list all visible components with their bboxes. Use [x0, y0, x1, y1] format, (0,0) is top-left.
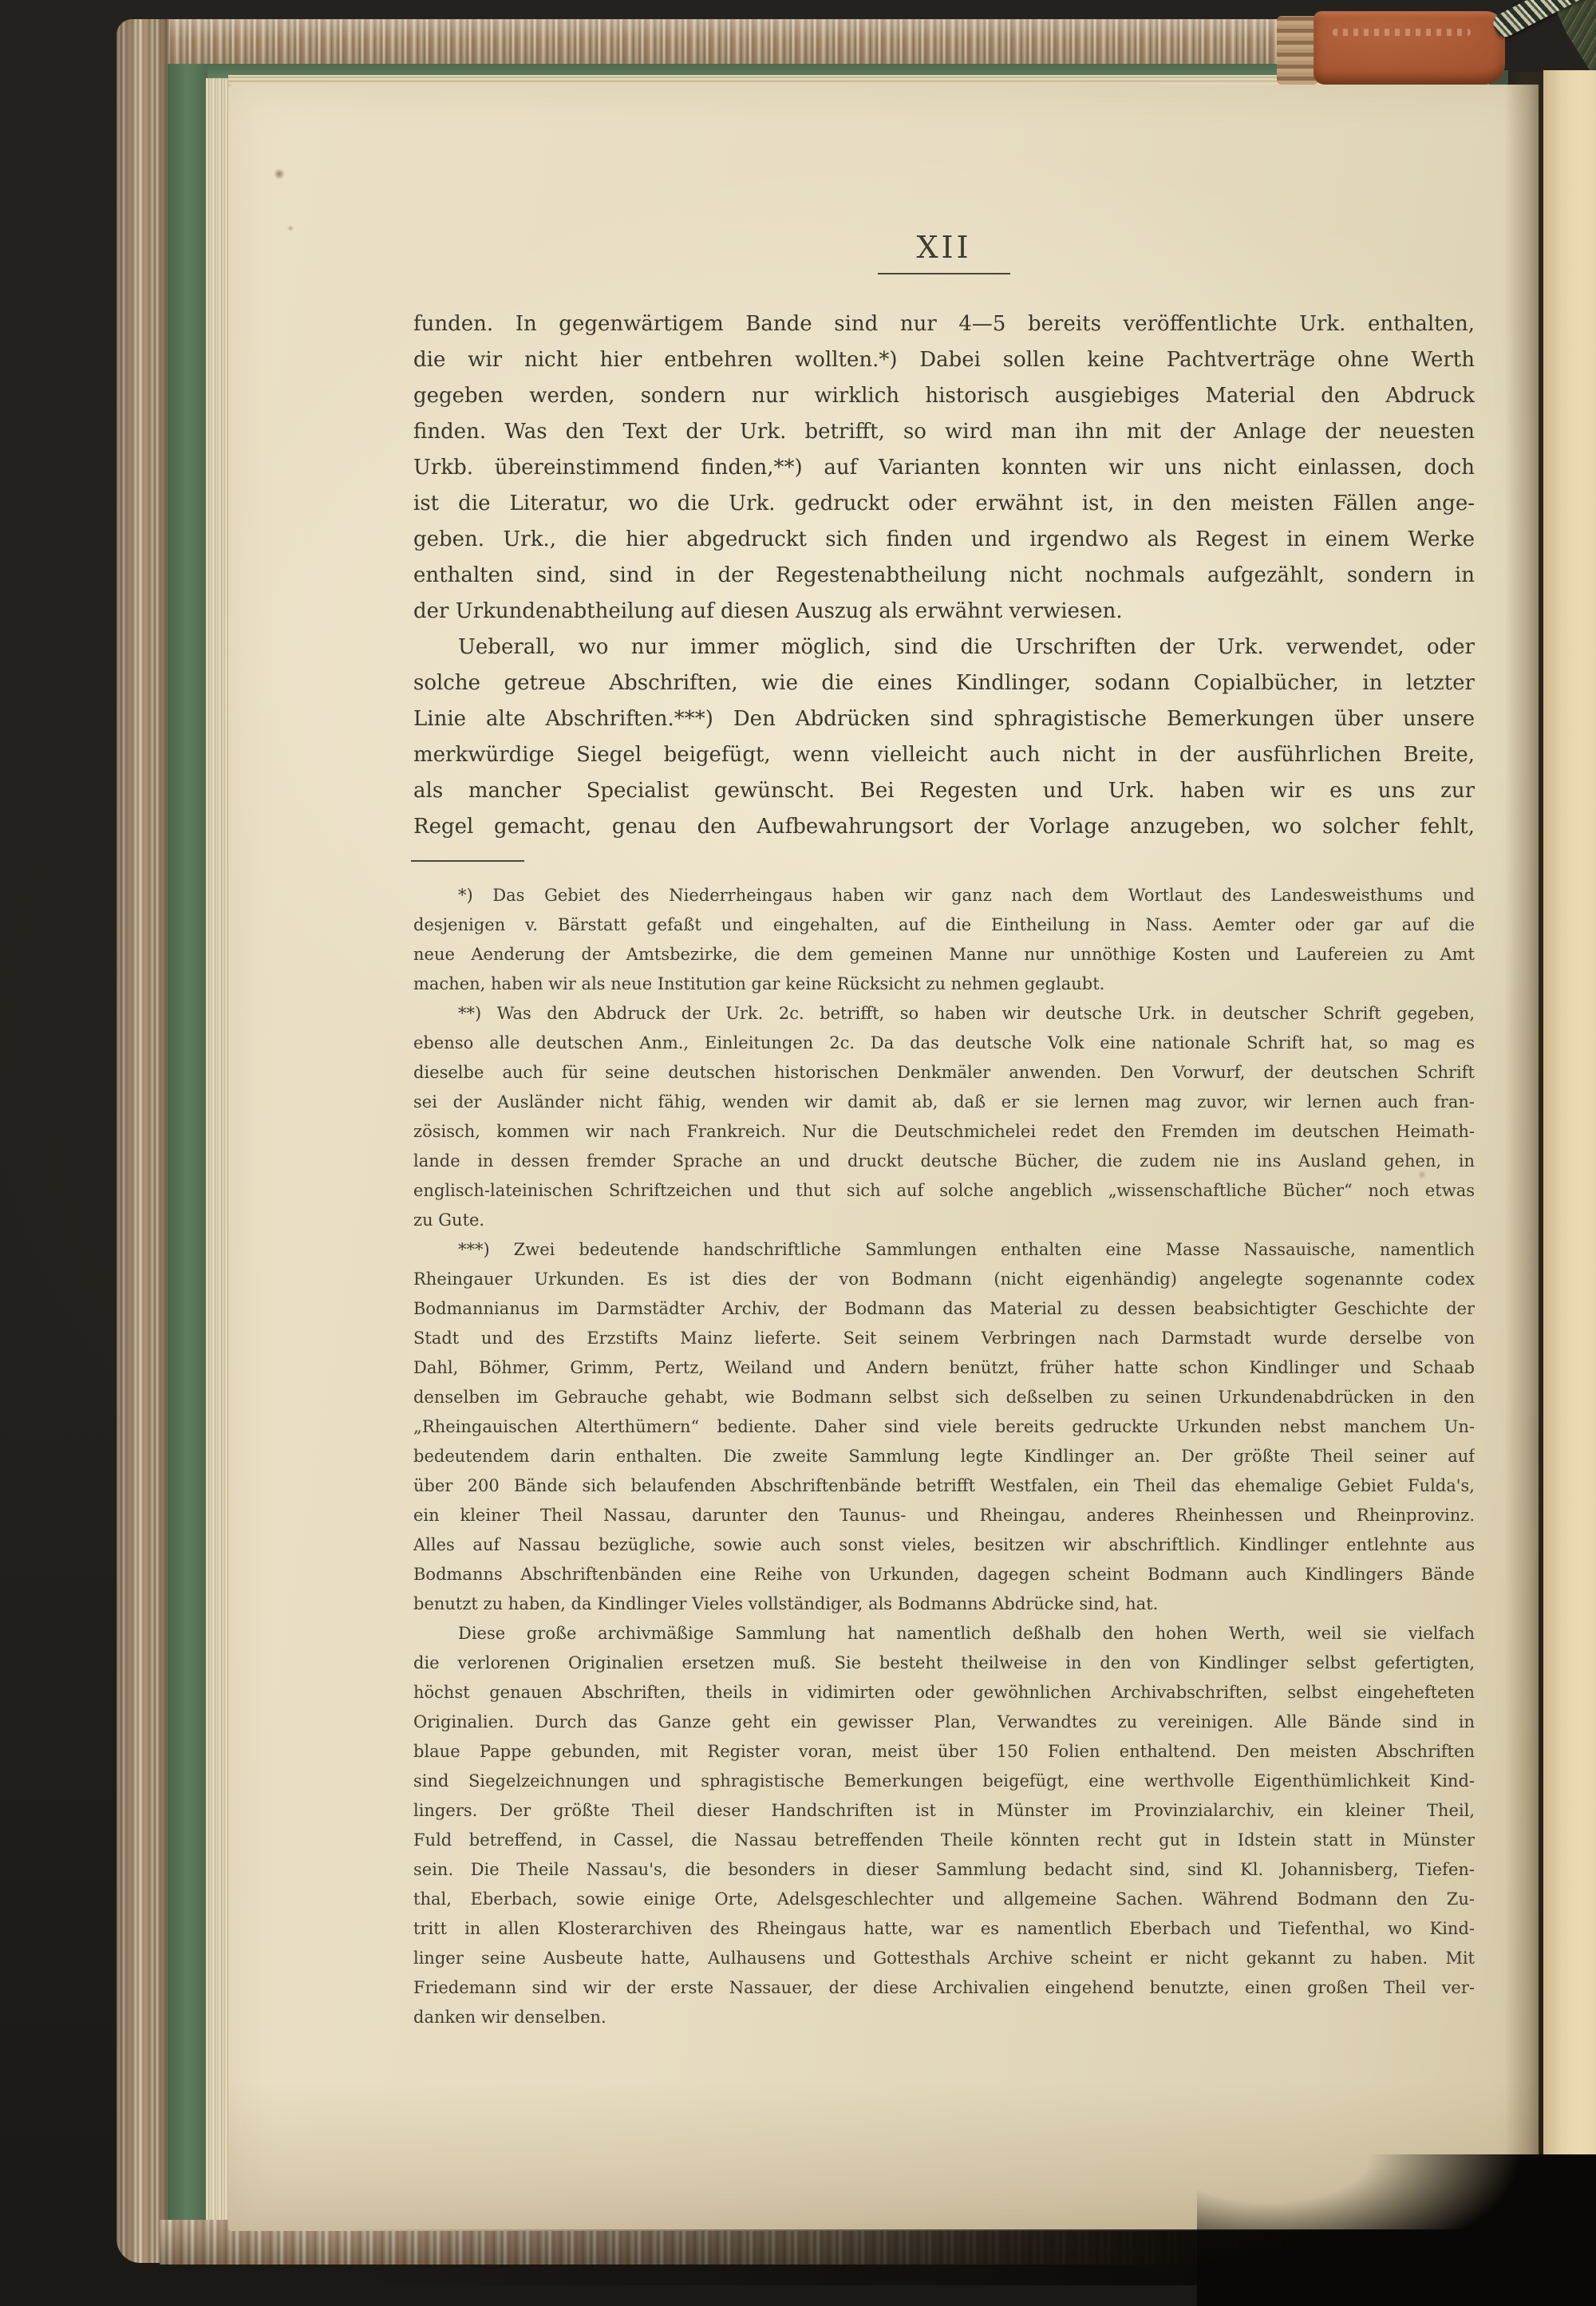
text-line: Linie alte Abschriften.***) Den Abdrücke… [413, 701, 1475, 737]
text-line: machen, haben wir als neue Institution g… [413, 969, 1475, 999]
text-line: als mancher Specialist gewünscht. Bei Re… [413, 773, 1475, 809]
text-line: die wir nicht hier entbehren wollten.*) … [413, 342, 1475, 378]
text-line: Diese große archivmäßige Sammlung hat na… [413, 1619, 1475, 1649]
shadow-bottom-right [1197, 2154, 1596, 2306]
gutter-shadow [1505, 72, 1543, 2226]
text-line: finden. Was den Text der Urk. betrifft, … [413, 414, 1475, 450]
text-line: ***) Zwei bedeutende handschriftliche Sa… [413, 1235, 1475, 1265]
text-line: Bodmanns Abschriftenbänden eine Reihe vo… [413, 1560, 1475, 1589]
book-page: XII funden. In gegenwärtigem Bande sind … [228, 85, 1539, 2231]
text-line: zu Gute. [413, 1206, 1475, 1235]
text-line: ein kleiner Theil Nassau, darunter den T… [413, 1501, 1475, 1530]
text-line: merkwürdige Siegel beigefügt, wenn viell… [413, 737, 1475, 773]
cover-cloth-border-left [168, 64, 207, 2220]
text-line: Fuld betreffend, in Cassel, die Nassau b… [413, 1826, 1475, 1855]
text-line: funden. In gegenwärtigem Bande sind nur … [413, 306, 1475, 342]
text-line: geben. Urk., die hier abgedruckt sich fi… [413, 522, 1475, 558]
text-line: blaue Pappe gebunden, mit Register voran… [413, 1737, 1475, 1767]
page-stack-edge-left [206, 78, 230, 2220]
text-line: **) Was den Abdruck der Urk. 2c. betriff… [413, 999, 1475, 1029]
text-line: Originalien. Durch das Ganze geht ein ge… [413, 1708, 1475, 1737]
text-line: der Urkundenabtheilung auf diesen Auszug… [413, 594, 1475, 630]
spine-band [1277, 16, 1318, 85]
text-line: linger seine Ausbeute hatte, Aulhausens … [413, 1944, 1475, 1973]
text-line: Rheingauer Urkunden. Es ist dies der von… [413, 1265, 1475, 1294]
text-line: *) Das Gebiet des Niederrheingaus haben … [413, 881, 1475, 910]
text-line: denselben im Gebrauche gehabt, wie Bodma… [413, 1383, 1475, 1412]
text-line: benutzt zu haben, da Kindlinger Vieles v… [413, 1589, 1475, 1619]
text-line: lingers. Der größte Theil dieser Handsch… [413, 1796, 1475, 1826]
text-line: Regel gemacht, genau den Aufbewahrungsor… [413, 809, 1475, 845]
text-line: zösisch, kommen wir nach Frankreich. Nur… [413, 1117, 1475, 1147]
text-line: ebenso alle deutschen Anm., Einleitungen… [413, 1029, 1475, 1058]
text-line: bedeutendem darin enthalten. Die zweite … [413, 1442, 1475, 1471]
text-line: die verlorenen Originalien ersetzen muß.… [413, 1649, 1475, 1678]
text-line: Friedemann sind wir der erste Nassauer, … [413, 1973, 1475, 2003]
text-line: desjenigen v. Bärstatt gefaßt und eingeh… [413, 910, 1475, 940]
text-line: tritt in allen Klosterarchiven des Rhein… [413, 1914, 1475, 1944]
red-leather-spine-corner [1314, 11, 1505, 85]
text-line: dieselbe auch für seine deutschen histor… [413, 1058, 1475, 1088]
text-line: ist die Literatur, wo die Urk. gedruckt … [413, 486, 1475, 522]
photographed-book-page: { "header": { "page_number": "XII" }, "m… [0, 0, 1596, 2306]
text-line: höchst genauen Abschriften, theils in vi… [413, 1678, 1475, 1708]
text-line: Alles auf Nassau bezügliche, sowie auch … [413, 1530, 1475, 1560]
page-number: XII [413, 230, 1475, 265]
book-cover-left-edge [117, 19, 169, 2263]
text-line: englisch-lateinischen Schriftzeichen und… [413, 1176, 1475, 1206]
text-line: Stadt und des Erzstifts Mainz lieferte. … [413, 1324, 1475, 1353]
page-number-rule [878, 273, 1010, 274]
text-line: „Rheingauischen Alterthümern“ bediente. … [413, 1412, 1475, 1442]
text-block: XII funden. In gegenwärtigem Bande sind … [413, 85, 1475, 2231]
text-line: neue Aenderung der Amtsbezirke, die dem … [413, 940, 1475, 969]
main-text: funden. In gegenwärtigem Bande sind nur … [413, 306, 1475, 845]
text-line: über 200 Bände sich belaufenden Abschrif… [413, 1471, 1475, 1501]
text-line: Bodmannianus im Darmstädter Archiv, der … [413, 1294, 1475, 1324]
text-line: danken wir denselben. [413, 2003, 1475, 2032]
text-line: gegeben werden, sondern nur wirklich his… [413, 378, 1475, 414]
text-line: sein. Die Theile Nassau's, die besonders… [413, 1855, 1475, 1885]
text-line: sind Siegelzeichnungen und sphragistisch… [413, 1767, 1475, 1796]
text-line: sei der Ausländer nicht fähig, wenden wi… [413, 1088, 1475, 1117]
text-line: Ueberall, wo nur immer möglich, sind die… [413, 630, 1475, 665]
footnote-separator-rule [411, 860, 524, 862]
text-line: enthalten sind, sind in der Regestenabth… [413, 558, 1475, 594]
footnotes: *) Das Gebiet des Niederrheingaus haben … [413, 881, 1475, 2032]
adjacent-page-edge [1543, 70, 1596, 2193]
text-line: solche getreue Abschriften, wie die eine… [413, 665, 1475, 701]
text-line: Dahl, Böhmer, Grimm, Pertz, Weiland und … [413, 1353, 1475, 1383]
text-line: lande in dessen fremder Sprache an und d… [413, 1147, 1475, 1176]
text-line: thal, Eberbach, sowie einige Orte, Adels… [413, 1885, 1475, 1914]
text-line: Urkb. übereinstimmend finden,**) auf Var… [413, 450, 1475, 486]
